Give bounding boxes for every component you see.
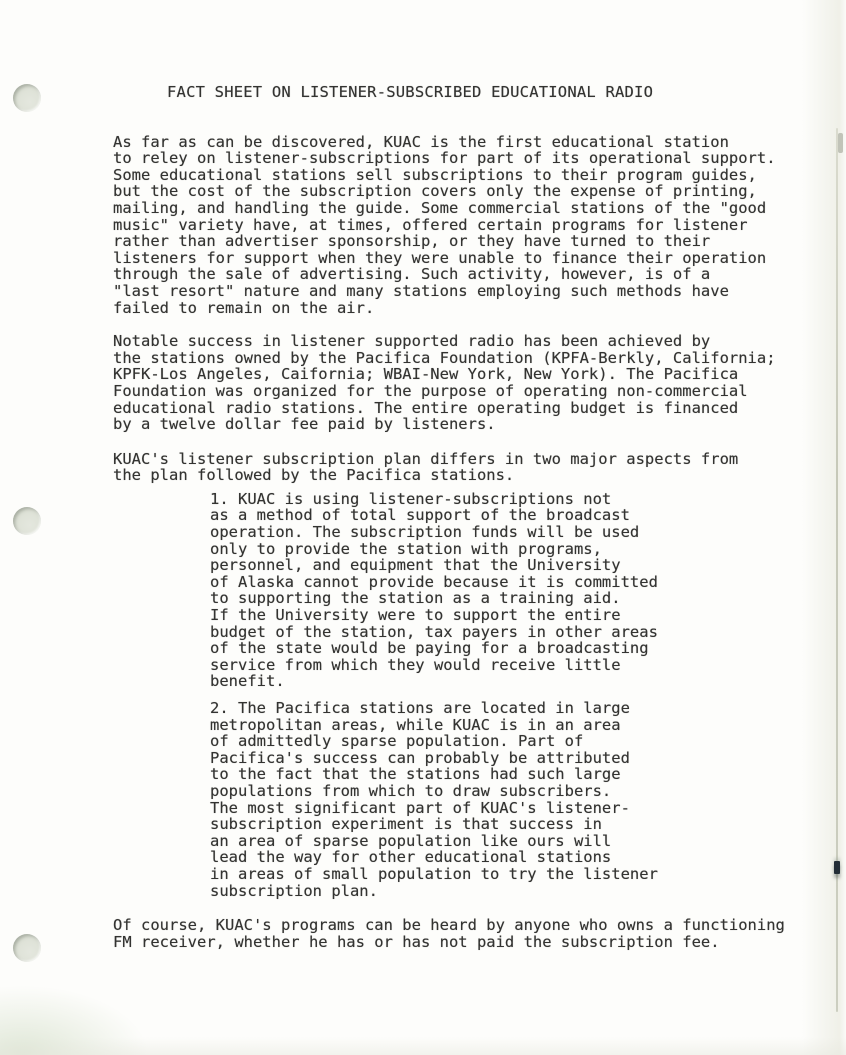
numbered-item-2: 2. The Pacifica stations are located in … — [113, 700, 813, 899]
page-edge-line — [836, 128, 838, 1012]
edge-ink-mark — [834, 861, 840, 874]
paragraph-plan-differences: KUAC's listener subscription plan differ… — [113, 451, 813, 484]
document-content: FACT SHEET ON LISTENER-SUBSCRIBED EDUCAT… — [113, 84, 813, 950]
paragraph-closing: Of course, KUAC's programs can be heard … — [113, 917, 813, 950]
paragraph-pacifica: Notable success in listener supported ra… — [113, 333, 813, 433]
document-title: FACT SHEET ON LISTENER-SUBSCRIBED EDUCAT… — [167, 84, 813, 101]
edge-smudge-top — [838, 133, 843, 153]
punch-hole-middle — [13, 507, 41, 535]
scanned-document-page: FACT SHEET ON LISTENER-SUBSCRIBED EDUCAT… — [0, 0, 846, 1055]
punch-hole-bottom — [13, 934, 41, 962]
punch-hole-top — [13, 84, 41, 112]
numbered-item-1: 1. KUAC is using listener-subscriptions … — [113, 491, 813, 690]
scan-bottom-shading — [0, 1037, 846, 1055]
corner-shading — [0, 985, 150, 1055]
paragraph-intro: As far as can be discovered, KUAC is the… — [113, 134, 813, 317]
